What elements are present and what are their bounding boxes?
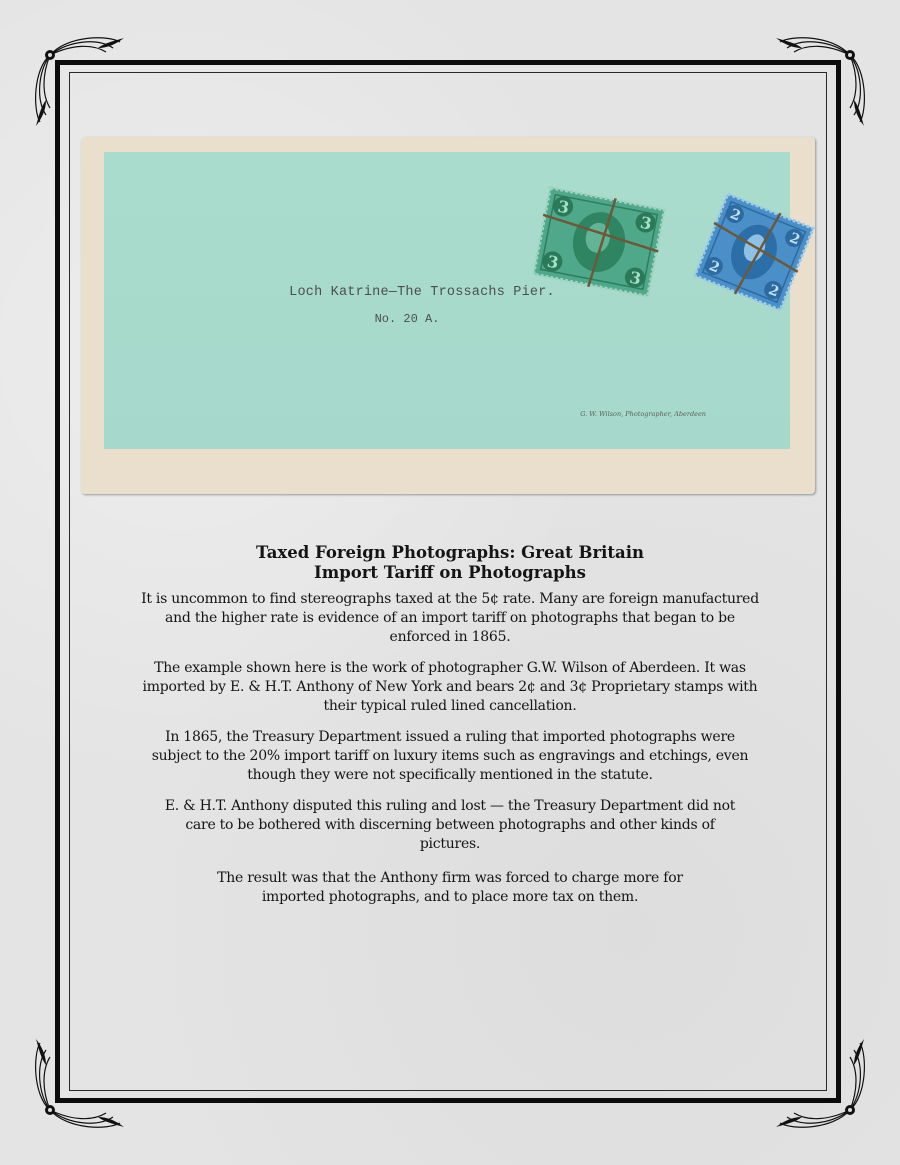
card-label-area: Loch Katrine—The Trossachs Pier. No. 20 … bbox=[104, 152, 790, 449]
exhibit-description: Taxed Foreign Photographs: Great Britain… bbox=[120, 543, 780, 907]
photographer-credit: G. W. Wilson, Photographer, Aberdeen bbox=[580, 410, 706, 418]
paragraph: It is uncommon to find stereographs taxe… bbox=[120, 590, 780, 647]
corner-flourish-icon bbox=[772, 30, 872, 130]
paragraph: The result was that the Anthony firm was… bbox=[120, 869, 780, 907]
stamp-3-cent-icon: 3 3 3 3 bbox=[531, 185, 666, 298]
paragraph: In 1865, the Treasury Department issued … bbox=[120, 728, 780, 785]
corner-flourish-icon bbox=[28, 1035, 128, 1135]
stereograph-card: Loch Katrine—The Trossachs Pier. No. 20 … bbox=[81, 137, 815, 494]
page-subtitle: Import Tariff on Photographs bbox=[120, 563, 780, 583]
corner-flourish-icon bbox=[28, 30, 128, 130]
paragraph: E. & H.T. Anthony disputed this ruling a… bbox=[120, 797, 780, 854]
corner-flourish-icon bbox=[772, 1035, 872, 1135]
photo-caption-number: No. 20 A. bbox=[64, 312, 750, 326]
paragraph: The example shown here is the work of ph… bbox=[120, 659, 780, 716]
page-title: Taxed Foreign Photographs: Great Britain bbox=[120, 543, 780, 563]
